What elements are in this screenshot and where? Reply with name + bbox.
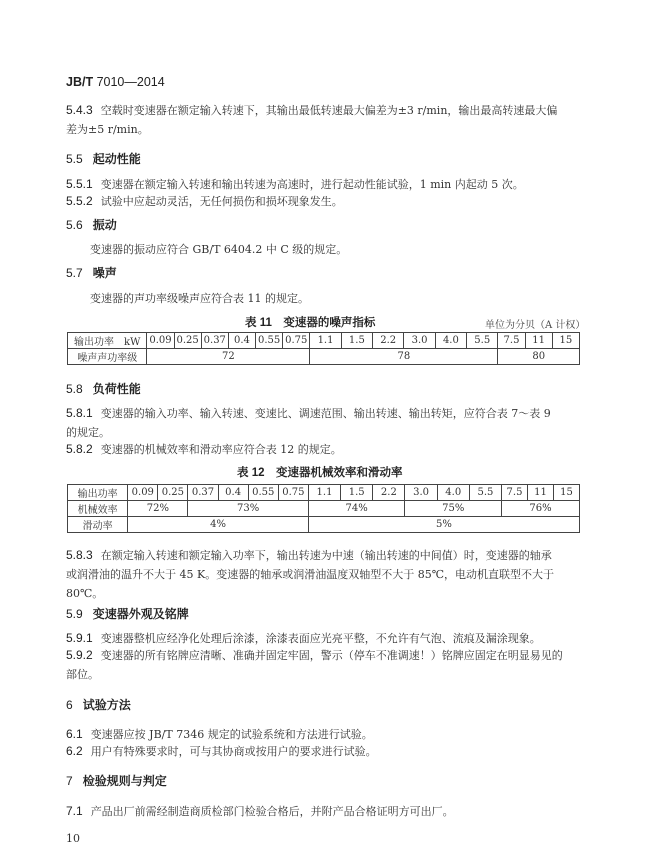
clause-text: 产品出厂前需经制造商质检部门检验合格后，并附产品合格证明方可出厂。 (91, 805, 454, 818)
clause-text: 变速器的所有铭牌应清晰、准确并固定牢固，警示（停车不准调速！）铭牌应固定在明显易… (101, 649, 563, 662)
heading-5-9: 5.9变速器外观及铭牌 (66, 605, 189, 622)
table-row: 输出功率 kW 0.09 0.25 0.37 0.4 0.55 0.75 1.1… (68, 333, 580, 349)
clause-number: 6.1 (66, 727, 83, 741)
clause-text: 变速器的振动应符合 GB/T 6404.2 中 C 级的规定。 (90, 243, 347, 256)
power-cell: 0.55 (256, 333, 283, 349)
clause-number: 7.1 (66, 804, 83, 818)
noise-cell: 72 (147, 349, 310, 365)
heading-7: 7检验规则与判定 (66, 772, 167, 789)
clause-text: 在额定输入转速和额定输入功率下，输出转速为中速（输出转速的中间值）时，变速器的轴… (101, 549, 552, 562)
power-cell: 0.37 (188, 485, 218, 501)
power-cell: 4.0 (437, 485, 469, 501)
power-cell: 0.75 (283, 333, 310, 349)
standard-id: JB/T 7010—2014 (66, 75, 165, 89)
power-cell: 15 (552, 333, 579, 349)
noise-cell: 80 (498, 349, 580, 365)
power-cell: 3.0 (405, 485, 437, 501)
clause-text-cont: 差为±5 r/min。 (66, 123, 149, 136)
heading-number: 5.9 (66, 607, 83, 621)
efficiency-cell: 76% (502, 501, 580, 517)
clause-number: 5.8.2 (66, 442, 93, 456)
clause-text: 试验中应起动灵活，无任何损伤和损坏现象发生。 (101, 195, 343, 208)
efficiency-cell: 73% (188, 501, 308, 517)
heading-5-8: 5.8负荷性能 (66, 380, 141, 397)
clause-text: 变速器在额定输入转速和输出转速为高速时，进行起动性能试验，1 min 内起动 5… (101, 178, 524, 191)
efficiency-cell: 74% (308, 501, 405, 517)
power-cell: 0.25 (174, 333, 201, 349)
power-cell: 3.0 (404, 333, 435, 349)
table-12-caption: 表 12 变速器机械效率和滑动率 (237, 464, 403, 480)
power-cell: 5.5 (467, 333, 498, 349)
power-cell: 0.09 (128, 485, 158, 501)
heading-number: 7 (66, 774, 73, 788)
clause-text: 变速器的输入功率、输入转速、变速比、调速范围、输出转速、输出转矩，应符合表 7～… (101, 407, 551, 420)
row-header: 机械效率 (68, 501, 128, 517)
noise-cell: 78 (310, 349, 498, 365)
table-11-caption: 表 11 变速器的噪声指标 (245, 314, 375, 330)
clause-number: 5.5.2 (66, 194, 93, 208)
power-cell: 11 (525, 333, 552, 349)
heading-title: 振动 (93, 218, 117, 232)
table-11-noise: 输出功率 kW 0.09 0.25 0.37 0.4 0.55 0.75 1.1… (67, 332, 580, 365)
row-header: 滑动率 (68, 517, 128, 533)
standard-id-prefix: JB/T (66, 75, 93, 89)
table-12-efficiency: 输出功率 0.09 0.25 0.37 0.4 0.55 0.75 1.1 1.… (67, 484, 580, 533)
row-header: 输出功率 (68, 485, 128, 501)
standard-id-number: 7010—2014 (93, 75, 165, 89)
power-cell: 2.2 (373, 333, 404, 349)
table-row: 输出功率 0.09 0.25 0.37 0.4 0.55 0.75 1.1 1.… (68, 485, 580, 501)
clause-text: 空载时变速器在额定输入转速下，其输出最低转速最大偏差为±3 r/min，输出最高… (101, 104, 558, 117)
clause-number: 5.5.1 (66, 177, 93, 191)
power-cell: 5.5 (469, 485, 501, 501)
clause-text: 变速器应按 JB/T 7346 规定的试验系统和方法进行试验。 (91, 728, 373, 741)
heading-5-6: 5.6振动 (66, 216, 117, 233)
clause-number: 5.8.1 (66, 406, 93, 420)
clause-number: 5.4.3 (66, 103, 93, 117)
clause-text: 变速器整机应经净化处理后涂漆，涂漆表面应光亮平整，不允许有气泡、流痕及漏涂现象。 (101, 632, 541, 645)
power-cell: 7.5 (498, 333, 525, 349)
clause-number: 5.9.1 (66, 631, 93, 645)
clause-text: 变速器的声功率级噪声应符合表 11 的规定。 (90, 292, 309, 305)
efficiency-cell: 72% (128, 501, 188, 517)
power-cell: 0.55 (248, 485, 278, 501)
row-header: 输出功率 kW (68, 333, 147, 349)
efficiency-cell: 75% (405, 501, 502, 517)
table-row: 滑动率 4% 5% (68, 517, 580, 533)
power-cell: 11 (527, 485, 553, 501)
clause-text: 变速器的机械效率和滑动率应符合表 12 的规定。 (101, 443, 342, 456)
heading-title: 变速器外观及铭牌 (93, 607, 189, 621)
clause-5-8-2: 5.8.2变速器的机械效率和滑动率应符合表 12 的规定。 (66, 440, 586, 459)
clause-5-5-2: 5.5.2试验中应起动灵活，无任何损伤和损坏现象发生。 (66, 192, 586, 211)
clause-text: 用户有特殊要求时，可与其协商或按用户的要求进行试验。 (91, 745, 377, 758)
clause-5-8-1: 5.8.1变速器的输入功率、输入转速、变速比、调速范围、输出转速、输出转矩，应符… (66, 404, 586, 442)
row-header: 噪声声功率级 (68, 349, 147, 365)
clause-6-2: 6.2用户有特殊要求时，可与其协商或按用户的要求进行试验。 (66, 742, 586, 761)
heading-title: 检验规则与判定 (83, 774, 167, 788)
clause-text-cont: 的规定。 (66, 426, 110, 439)
slip-cell: 5% (308, 517, 579, 533)
page-number: 10 (66, 832, 80, 845)
heading-number: 5.5 (66, 152, 83, 166)
clause-7-1: 7.1产品出厂前需经制造商质检部门检验合格后，并附产品合格证明方可出厂。 (66, 802, 586, 821)
power-cell: 0.25 (158, 485, 188, 501)
power-cell: 1.5 (341, 485, 373, 501)
power-cell: 15 (553, 485, 579, 501)
power-cell: 4.0 (435, 333, 466, 349)
clause-5-6-text: 变速器的振动应符合 GB/T 6404.2 中 C 级的规定。 (90, 240, 610, 259)
table-11-unit-note: 单位为分贝（A 计权） (485, 316, 585, 331)
power-cell: 0.37 (201, 333, 228, 349)
table-row: 机械效率 72% 73% 74% 75% 76% (68, 501, 580, 517)
heading-number: 5.8 (66, 382, 83, 396)
heading-title: 噪声 (93, 266, 117, 280)
heading-title: 试验方法 (83, 698, 131, 712)
heading-5-7: 5.7噪声 (66, 264, 117, 281)
slip-cell: 4% (128, 517, 309, 533)
heading-number: 5.6 (66, 218, 83, 232)
clause-5-8-3: 5.8.3在额定输入转速和额定输入功率下，输出转速为中速（输出转速的中间值）时，… (66, 546, 601, 603)
power-cell: 2.2 (373, 485, 405, 501)
clause-5-9-2: 5.9.2变速器的所有铭牌应清晰、准确并固定牢固，警示（停车不准调速！）铭牌应固… (66, 646, 601, 684)
power-cell: 0.75 (278, 485, 308, 501)
clause-text-cont: 部位。 (66, 668, 99, 681)
heading-6: 6试验方法 (66, 696, 131, 713)
clause-number: 5.8.3 (66, 548, 93, 562)
power-cell: 0.4 (228, 333, 255, 349)
power-cell: 1.1 (310, 333, 341, 349)
clause-text-cont: 或润滑油的温升不大于 45 K。变速器的轴承或润滑油温度双轴型不大于 85℃，电… (66, 568, 554, 581)
power-cell: 0.09 (147, 333, 174, 349)
power-cell: 1.5 (341, 333, 372, 349)
heading-title: 负荷性能 (93, 382, 141, 396)
clause-number: 6.2 (66, 744, 83, 758)
document-page: JB/T 7010—2014 5.4.3空载时变速器在额定输入转速下，其输出最低… (0, 0, 650, 856)
clause-5-4-3: 5.4.3空载时变速器在额定输入转速下，其输出最低转速最大偏差为±3 r/min… (66, 101, 586, 139)
power-cell: 1.1 (308, 485, 340, 501)
clause-text-cont: 80℃。 (66, 587, 103, 600)
clause-5-7-text: 变速器的声功率级噪声应符合表 11 的规定。 (90, 289, 610, 308)
power-cell: 0.4 (218, 485, 248, 501)
heading-title: 起动性能 (93, 152, 141, 166)
table-row: 噪声声功率级 72 78 80 (68, 349, 580, 365)
clause-number: 5.9.2 (66, 648, 93, 662)
heading-number: 5.7 (66, 266, 83, 280)
heading-number: 6 (66, 698, 73, 712)
power-cell: 7.5 (502, 485, 528, 501)
heading-5-5: 5.5起动性能 (66, 150, 141, 167)
